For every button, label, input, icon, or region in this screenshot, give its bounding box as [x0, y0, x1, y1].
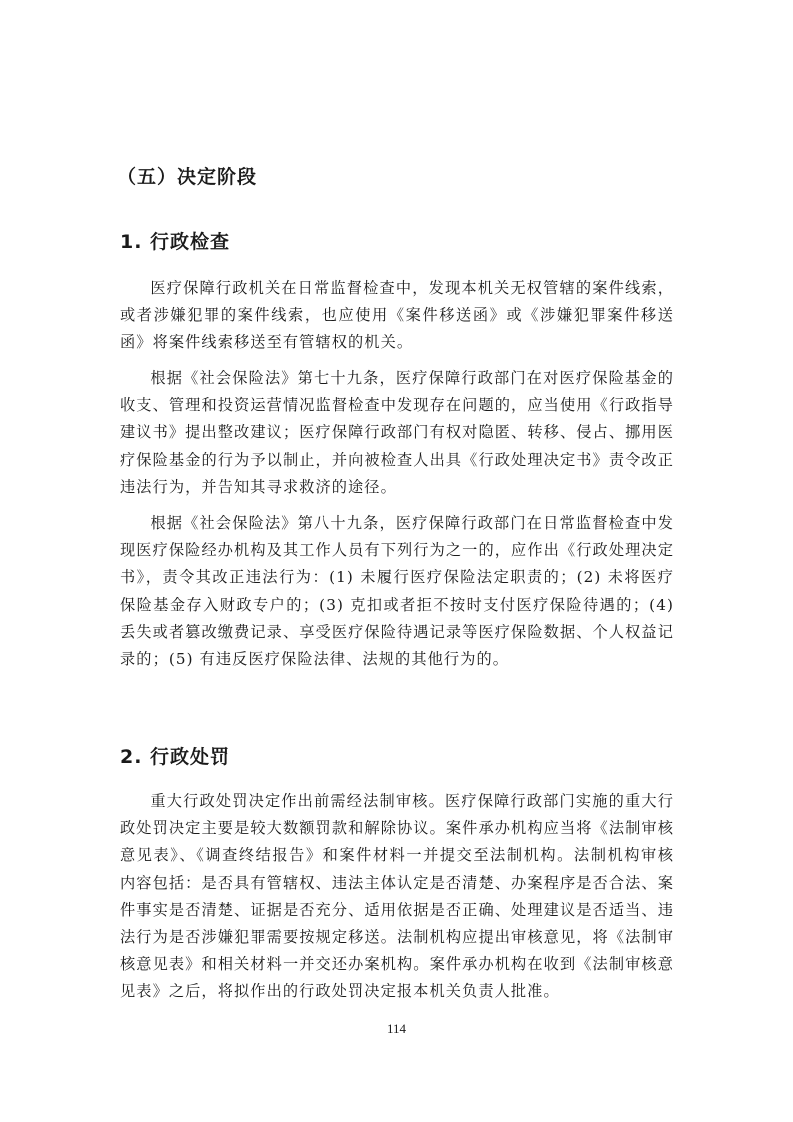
section-heading: （五）决定阶段	[117, 162, 257, 189]
subsection-heading-administrative-penalty: 2. 行政处罚	[120, 742, 230, 769]
paragraph: 医疗保障行政机关在日常监督检查中，发现本机关无权管辖的案件线索，或者涉嫌犯罪的案…	[120, 275, 674, 357]
page-number: 114	[0, 1021, 793, 1037]
paragraph: 根据《社会保险法》第七十九条，医疗保障行政部门在对医疗保险基金的收支、管理和投资…	[120, 365, 674, 501]
document-page: （五）决定阶段 1. 行政检查 医疗保障行政机关在日常监督检查中，发现本机关无权…	[0, 0, 793, 1122]
paragraph: 重大行政处罚决定作出前需经法制审核。医疗保障行政部门实施的重大行政处罚决定主要是…	[120, 788, 674, 1006]
paragraph: 根据《社会保险法》第八十九条，医疗保障行政部门在日常监督检查中发现医疗保险经办机…	[120, 510, 674, 673]
subsection-heading-administrative-inspection: 1. 行政检查	[120, 227, 230, 254]
